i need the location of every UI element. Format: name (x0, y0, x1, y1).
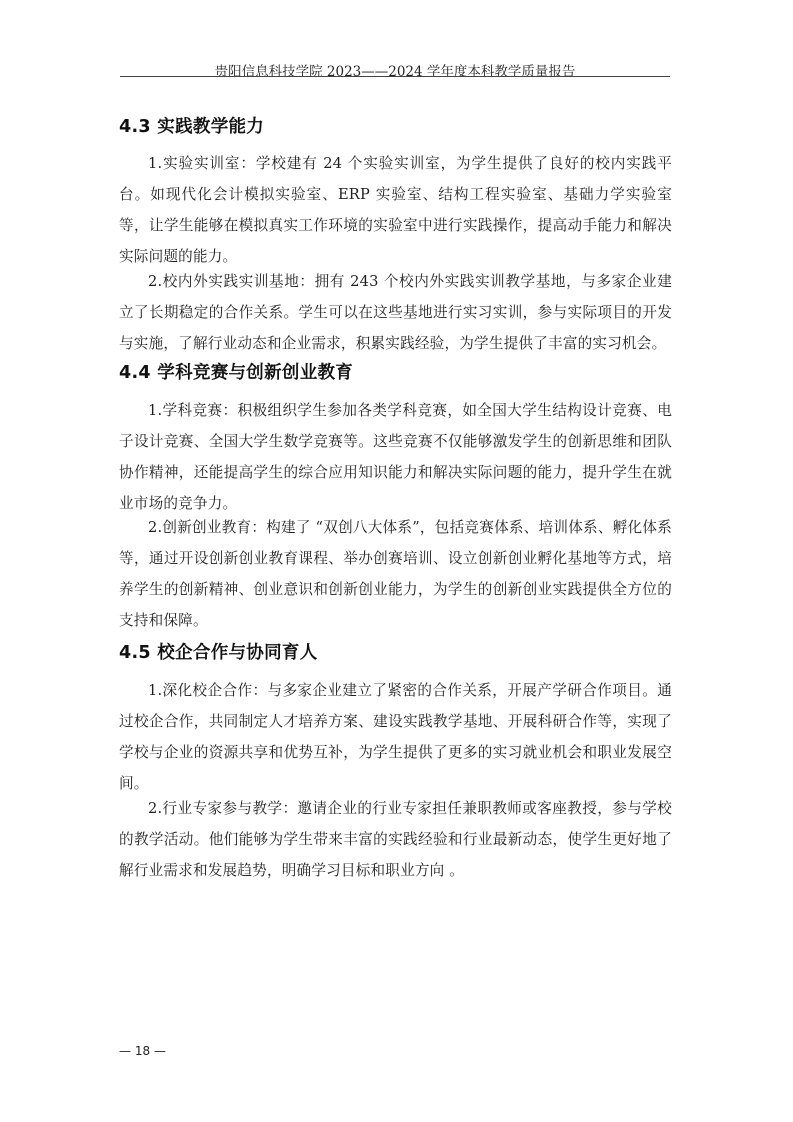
paragraph-industry-experts: 2.行业专家参与教学：邀请企业的行业专家担任兼职教师或客座教授，参与学校的教学活… (119, 793, 672, 886)
header-divider (120, 76, 670, 77)
page-number: — 18 — (119, 1044, 166, 1058)
section-title-4-5: 4.5 校企合作与协同育人 (119, 641, 318, 665)
paragraph-labs: 1.实验实训室：学校建有 24 个实验实训室，为学生提供了良好的校内实践平台。如… (119, 148, 672, 272)
paragraph-school-enterprise: 1.深化校企合作：与多家企业建立了紧密的合作关系，开展产学研合作项目。通过校企合… (119, 675, 672, 799)
paragraph-practice-bases: 2.校内外实践实训基地：拥有 243 个校内外实践实训教学基地，与多家企业建立了… (119, 266, 672, 359)
section-title-4-3: 4.3 实践教学能力 (119, 115, 264, 139)
paragraph-innovation-education: 2.创新创业教育：构建了 “双创八大体系”，包括竞赛体系、培训体系、孵化体系等，… (119, 512, 672, 636)
running-header: 贵阳信息科技学院 2023——2024 学年度本科教学质量报告 (120, 60, 670, 80)
paragraph-competitions: 1.学科竞赛：积极组织学生参加各类学科竞赛，如全国大学生结构设计竞赛、电子设计竞… (119, 395, 672, 519)
section-title-4-4: 4.4 学科竞赛与创新创业教育 (119, 361, 353, 385)
